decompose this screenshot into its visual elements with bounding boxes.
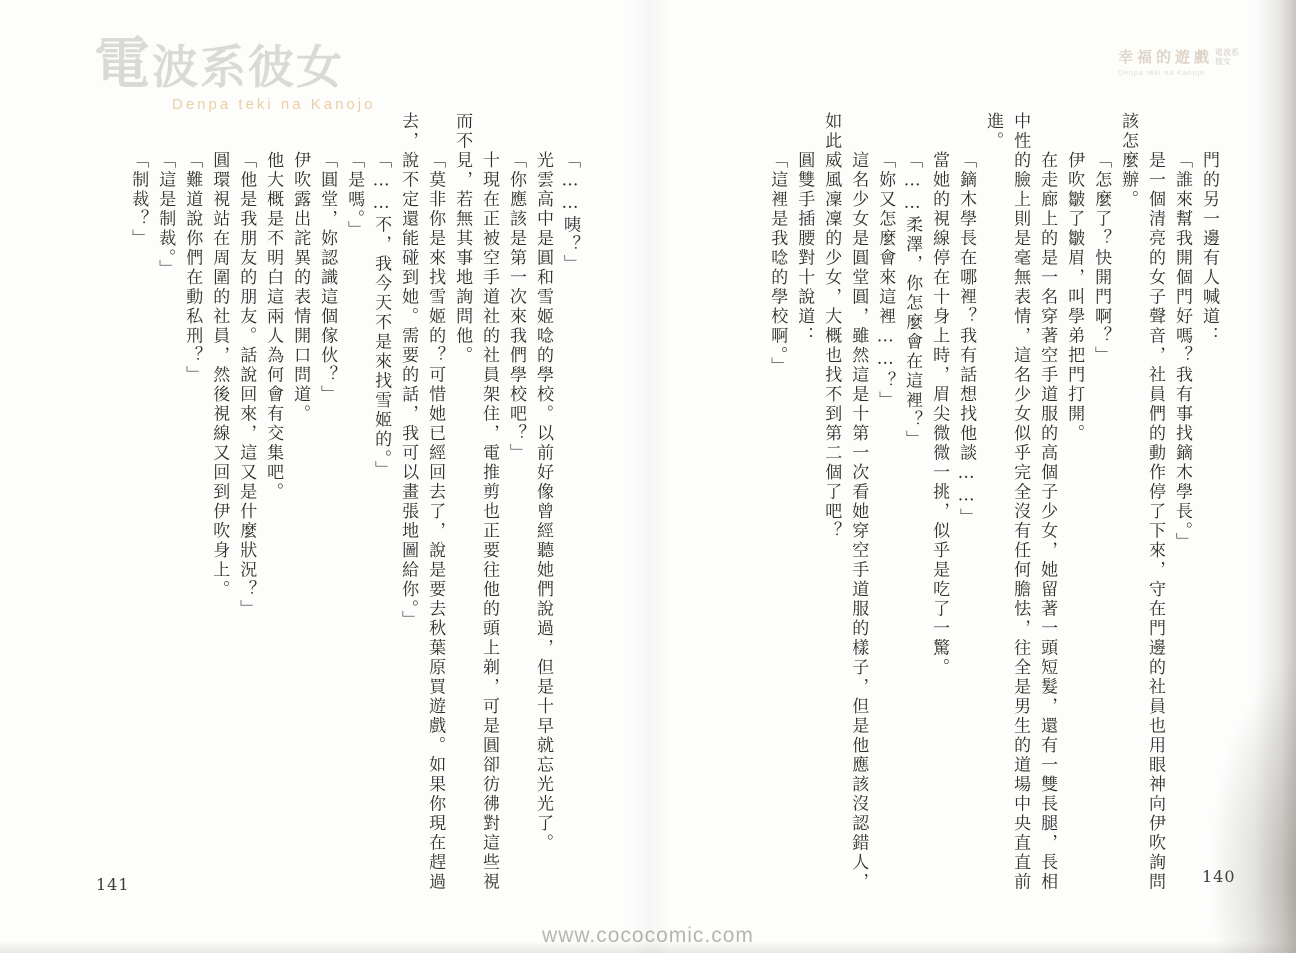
text-column: 該怎麼辦。: [1114, 112, 1141, 902]
series-logo-title: 電波系彼女: [94, 36, 375, 92]
chapter-logo-title: 幸福的遊戲: [1118, 46, 1213, 67]
text-column: 他大概是不明白這兩人為何會有交集吧。: [259, 112, 286, 902]
text-column: 圓環視站在周圍的社員，然後視線又回到伊吹身上。: [205, 112, 232, 902]
text-column: 伊吹露出詫異的表情開口問道。: [286, 112, 313, 902]
text-column: 在走廊上的是一名穿著空手道服的高個子少女，她留著一頭短髮，還有一雙長腿，長相: [1033, 112, 1060, 902]
text-column: 光雲高中是圓和雪姬唸的學校。以前好像曾經聽她們說過，但是十早就忘光光了。: [529, 112, 556, 902]
text-column: 「……柔澤，你怎麼會在這裡？」: [898, 112, 925, 902]
text-column: 進。: [979, 112, 1006, 902]
text-column: 「圓堂，妳認識這個傢伙？」: [313, 112, 340, 902]
text-column: 「妳又怎麼會來這裡……？」: [871, 112, 898, 902]
text-column: 圓雙手插腰對十說道：: [790, 112, 817, 902]
text-column: 是一個清亮的女子聲音，社員們的動作停了下來，守在門邊的社員也用眼神向伊吹詢問: [1141, 112, 1168, 902]
text-column: 「這是制裁。」: [151, 112, 178, 902]
text-column: 「制裁？」: [124, 112, 151, 902]
chapter-logo: 幸福的遊戲 Denpa teki na Kanojo 電波系 彼女: [1118, 46, 1213, 77]
text-column: 「難道說你們在動私刑？」: [178, 112, 205, 902]
text-column: 「……咦？」: [556, 112, 583, 902]
series-logo-title-first: 電: [94, 31, 152, 97]
series-logo: 電波系彼女 Denpa teki na Kanojo: [94, 36, 375, 113]
scan-edge-shadow-bottom: [0, 941, 1296, 953]
chapter-logo-mark: 電波系 彼女: [1215, 48, 1239, 66]
text-column: 當她的視線停在十身上時，眉尖微微一挑，似乎是吃了一驚。: [925, 112, 952, 902]
text-column: 十現在正被空手道社的社員架住，電推剪也正要往他的頭上剃，可是圓卻彷彿對這些視: [475, 112, 502, 902]
text-column: 「誰來幫我開個門好嗎？我有事找鏑木學長。」: [1168, 112, 1195, 902]
scan-edge-blotch: [1206, 653, 1296, 953]
text-column: 而不見，若無其事地詢問他。: [448, 112, 475, 902]
text-column: 「你應該是第一次來我們學校吧？」: [502, 112, 529, 902]
text-column: 去，說不定還能碰到她。需要的話，我可以畫張地圖給你。」: [394, 112, 421, 902]
text-column: 「是嗎。」: [340, 112, 367, 902]
text-column: 「他是我朋友的朋友。話說回來，這又是什麼狀況？」: [232, 112, 259, 902]
page-number-141: 141: [96, 875, 130, 894]
text-column: 「鏑木學長在哪裡？我有話想找他談……」: [952, 112, 979, 902]
page-140-text: 門的另一邊有人喊道：「誰來幫我開個門好嗎？我有事找鏑木學長。」是一個清亮的女子聲…: [763, 112, 1222, 902]
text-column: 如此威風凜凜的少女，大概也找不到第二個了吧？: [817, 112, 844, 902]
series-logo-romaji: Denpa teki na Kanojo: [172, 96, 375, 113]
page-gutter-shadow: [628, 0, 672, 953]
text-column: 中性的臉上則是毫無表情，這名少女似乎完全沒有任何膽怯，往全是男生的道場中央直直前: [1006, 112, 1033, 902]
text-column: 伊吹皺了皺眉，叫學弟把門打開。: [1060, 112, 1087, 902]
page-141-text: 「……咦？」光雲高中是圓和雪姬唸的學校。以前好像曾經聽她們說過，但是十早就忘光光…: [124, 112, 583, 902]
series-logo-title-rest: 波系彼女: [152, 40, 344, 94]
chapter-logo-subtitle: Denpa teki na Kanojo: [1118, 70, 1213, 77]
text-column: 「……不，我今天不是來找雪姬的。」: [367, 112, 394, 902]
text-column: 「莫非你是來找雪姬的？可惜她已經回去了，說是要去秋葉原買遊戲。如果你現在趕過: [421, 112, 448, 902]
book-spread: 電波系彼女 Denpa teki na Kanojo 幸福的遊戲 Denpa t…: [0, 0, 1296, 953]
text-column: 「怎麼了？快開門啊？」: [1087, 112, 1114, 902]
text-column: 「這裡是我唸的學校啊。」: [763, 112, 790, 902]
text-column: 這名少女是圓堂圓，雖然這是十第一次看她穿空手道服的樣子，但是他應該沒認錯人，: [844, 112, 871, 902]
